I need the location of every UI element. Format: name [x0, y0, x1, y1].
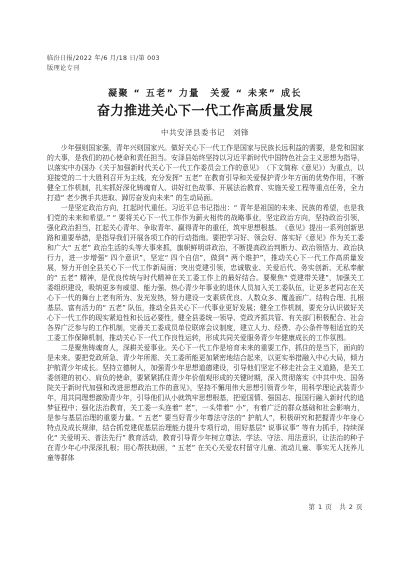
kicker-line: 凝聚 “ 五老” 力量 关爱 “ 未来” 成长: [0, 86, 410, 99]
masthead-date-issue: 临汾日报/2022 年/6 月/18 日/第 003: [47, 54, 160, 64]
masthead-section: 版理论专刊: [47, 64, 160, 74]
byline: 中共安泽县委书记 刘锋: [0, 127, 410, 138]
masthead: 临汾日报/2022 年/6 月/18 日/第 003 版理论专刊: [47, 54, 160, 73]
article-body: 少年强则国家强，青年兴则国家兴。做好关心下一代工作是国家与民族长远利益的需要，是…: [47, 143, 364, 463]
body-paragraph: 少年强则国家强，青年兴则国家兴。做好关心下一代工作是国家与民族长远利益的需要，是…: [47, 143, 364, 203]
page-number: 第 1 页 共 2 页: [308, 502, 363, 511]
page-title: 奋力推进关心下一代工作高质量发展: [0, 100, 410, 119]
body-paragraph: 二是聚焦铸魂育人，深耕关爱事业。关心下一代工作是培育未来的重要工作，抓住的是当下…: [47, 343, 364, 463]
body-paragraph: 一是坚定政治方向，扛起时代重任。习近平总书记指出：“ 青年是祖国的未来、民族的希…: [47, 203, 364, 343]
document-page: 临汾日报/2022 年/6 月/18 日/第 003 版理论专刊 凝聚 “ 五老…: [0, 0, 410, 580]
